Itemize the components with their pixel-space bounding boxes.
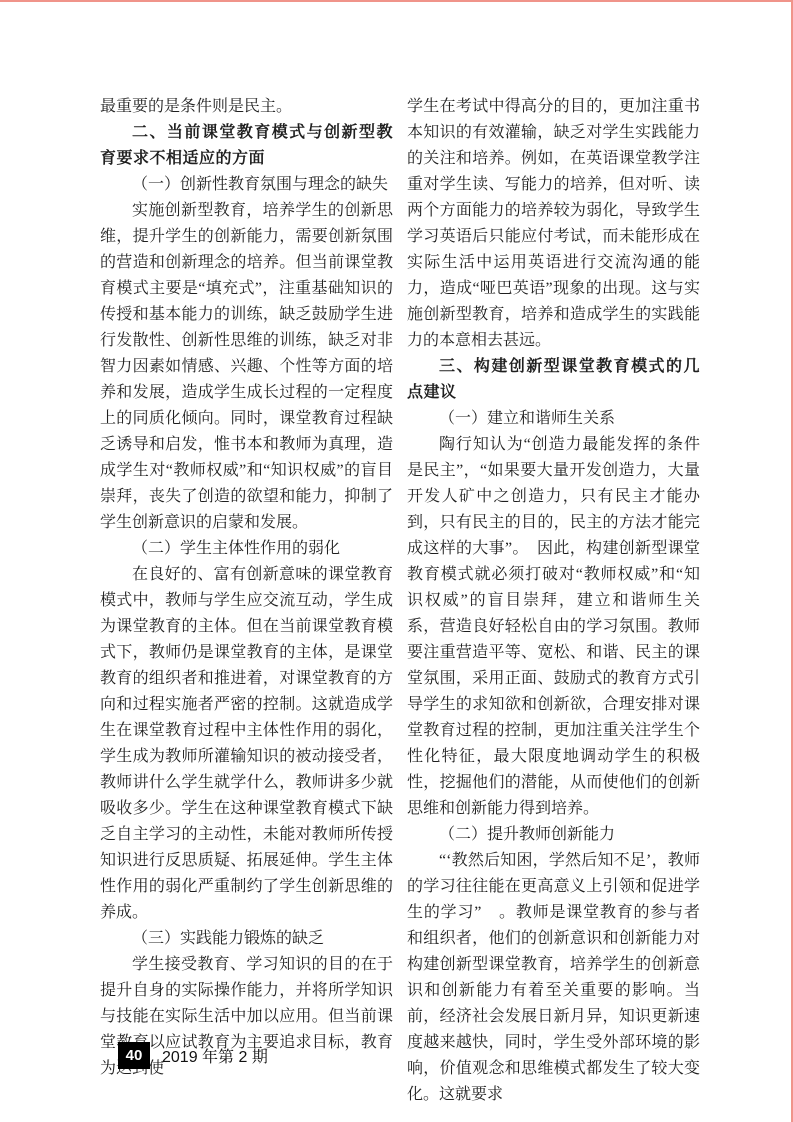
journal-page: 最重要的是条件则是民主。 二、当前课堂教育模式与创新型教育要求不相适应的方面 （… xyxy=(0,0,793,1122)
right-column: 学生在考试中得高分的目的，更加注重书本知识的有效灌输，缺乏对学生实践能力的关注和… xyxy=(407,94,700,1108)
page-footer: 40 2019 年第 2 期 xyxy=(118,1042,268,1069)
section-heading-3: 三、构建创新型课堂教育模式的几点建议 xyxy=(407,354,700,406)
issue-label: 2019 年第 2 期 xyxy=(162,1044,268,1067)
paragraph-continuation: 学生在考试中得高分的目的，更加注重书本知识的有效灌输，缺乏对学生实践能力的关注和… xyxy=(407,94,700,354)
left-column: 最重要的是条件则是民主。 二、当前课堂教育模式与创新型教育要求不相适应的方面 （… xyxy=(100,94,393,1108)
body-paragraph: 在良好的、富有创新意味的课堂教育模式中，教师与学生应交流互动，学生成为课堂教育的… xyxy=(100,562,393,926)
two-column-body: 最重要的是条件则是民主。 二、当前课堂教育模式与创新型教育要求不相适应的方面 （… xyxy=(100,94,700,1108)
page-number-badge: 40 xyxy=(118,1042,150,1069)
body-paragraph: 实施创新型教育，培养学生的创新思维，提升学生的创新能力，需要创新氛围的营造和创新… xyxy=(100,198,393,536)
sub-heading-2-2: （二）学生主体性作用的弱化 xyxy=(100,536,393,562)
body-paragraph: 陶行知认为“创造力最能发挥的条件是民主”，“如果要大量开发创造力，大量开发人矿中… xyxy=(407,432,700,822)
sub-heading-3-1: （一）建立和谐师生关系 xyxy=(407,406,700,432)
body-paragraph: “‘教然后知困，学然后知不足’，教师的学习往往能在更高意义上引领和促进学生的学习… xyxy=(407,848,700,1108)
sub-heading-3-2: （二）提升教师创新能力 xyxy=(407,822,700,848)
section-heading-2: 二、当前课堂教育模式与创新型教育要求不相适应的方面 xyxy=(100,120,393,172)
sub-heading-2-1: （一）创新性教育氛围与理念的缺失 xyxy=(100,172,393,198)
paragraph-continuation: 最重要的是条件则是民主。 xyxy=(100,94,393,120)
sub-heading-2-3: （三）实践能力锻炼的缺乏 xyxy=(100,926,393,952)
